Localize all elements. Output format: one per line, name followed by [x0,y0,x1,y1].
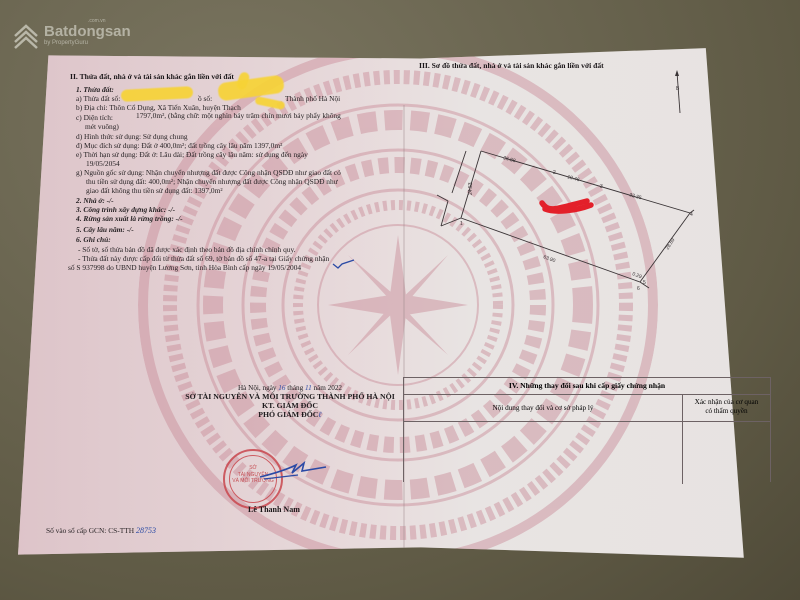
land-heading: 1. Thửa đất: [76,85,114,94]
house-item: 2. Nhà ở: -/- [76,196,114,205]
land-area-label: c) Diện tích: [76,113,113,122]
signing-month: 11 [305,384,312,392]
land-map-sheet: ồ số: [198,94,212,103]
red-redaction-mark [535,193,599,219]
watermark-sub: by PropertyGuru [44,40,88,46]
note-line: - Thửa đất này được cấp đổi từ thửa đất … [78,254,329,263]
signer-role-1: KT. GIÁM ĐỐC [160,401,420,410]
col-authority-confirmation: Xác nhận của cơ quan có thẩm quyền [683,395,770,421]
house-chevrons-icon [12,22,40,50]
registry-handwritten-number: 28753 [136,526,156,535]
bronze-drum-pattern [138,45,658,565]
construction-item: 3. Công trình xây dựng khác: -/- [76,205,175,214]
land-origin-cont2: giao đất không thu tiền sử dụng đất: 139… [86,186,223,195]
land-area-cont: mét vuông) [85,122,119,131]
section-ii-title: II. Thửa đất, nhà ở và tài sản khác gắn … [70,72,234,81]
land-city: Thành phố Hà Nội [285,94,340,103]
land-usage-term-date: 19/05/2054 [86,159,120,168]
col-change-content: Nội dung thay đổi và cơ sở pháp lý [404,395,683,421]
initial-mark-icon [332,258,356,270]
changes-table-body [404,422,770,484]
land-certificate-page [18,45,778,565]
signing-day: 16 [278,384,285,392]
changes-table-title: IV. Những thay đổi sau khi cấp giấy chứn… [404,378,770,395]
land-origin: g) Nguồn gốc sử dụng: Nhận chuyển nhượng… [76,168,341,177]
land-usage-term: e) Thời hạn sử dụng: Đất ở: Lâu dài; Đất… [76,150,308,159]
forest-item: 4. Rừng sản xuất là rừng trồng: -/- [76,214,183,223]
note-line: số S 937998 do UBND huyện Lương Sơn, tỉn… [68,263,301,272]
land-usage-purpose: đ) Mục đích sử dụng: Đất ở 400,0m²; đất … [76,141,282,150]
signer-role-2: PHÓ GIÁM ĐỐCℓ [160,410,420,419]
signer-name: Lê Thanh Nam [248,505,300,514]
land-origin-cont1: thu tiền sử dụng đất: 400,0m²; Nhận chuy… [86,177,338,186]
notes-heading: 6. Ghi chú: [76,235,111,244]
watermark-brand: Batdongsan [44,23,131,40]
signing-date: Hà Nội, ngày 16 tháng 11 năm 2022 [160,384,420,392]
signing-block: Hà Nội, ngày 16 tháng 11 năm 2022 SỞ TÀI… [160,384,420,419]
perennial-item: 5. Cây lâu năm: -/- [76,225,134,234]
note-line: - Số tờ, số thửa bản đồ đã được xác định… [78,245,296,254]
issuing-agency: SỞ TÀI NGUYÊN VÀ MÔI TRƯỜNG THÀNH PHỐ HÀ… [160,392,420,401]
land-parcel-number: a) Thửa đất số: [76,94,120,103]
registry-number: Số vào sổ cấp GCN: CS-TTH 28753 [46,526,156,535]
section-iii-title: III. Sơ đồ thửa đất, nhà ở và tài sản kh… [419,61,604,70]
land-area-value: 1797,0m², (bằng chữ: một nghìn bảy trăm … [136,111,341,120]
changes-table-header: Nội dung thay đổi và cơ sở pháp lý Xác n… [404,395,770,422]
signature-icon [258,455,328,483]
land-usage-form: d) Hình thức sử dụng: Sử dụng chung [76,132,188,141]
changes-table: IV. Những thay đổi sau khi cấp giấy chứn… [403,377,771,482]
